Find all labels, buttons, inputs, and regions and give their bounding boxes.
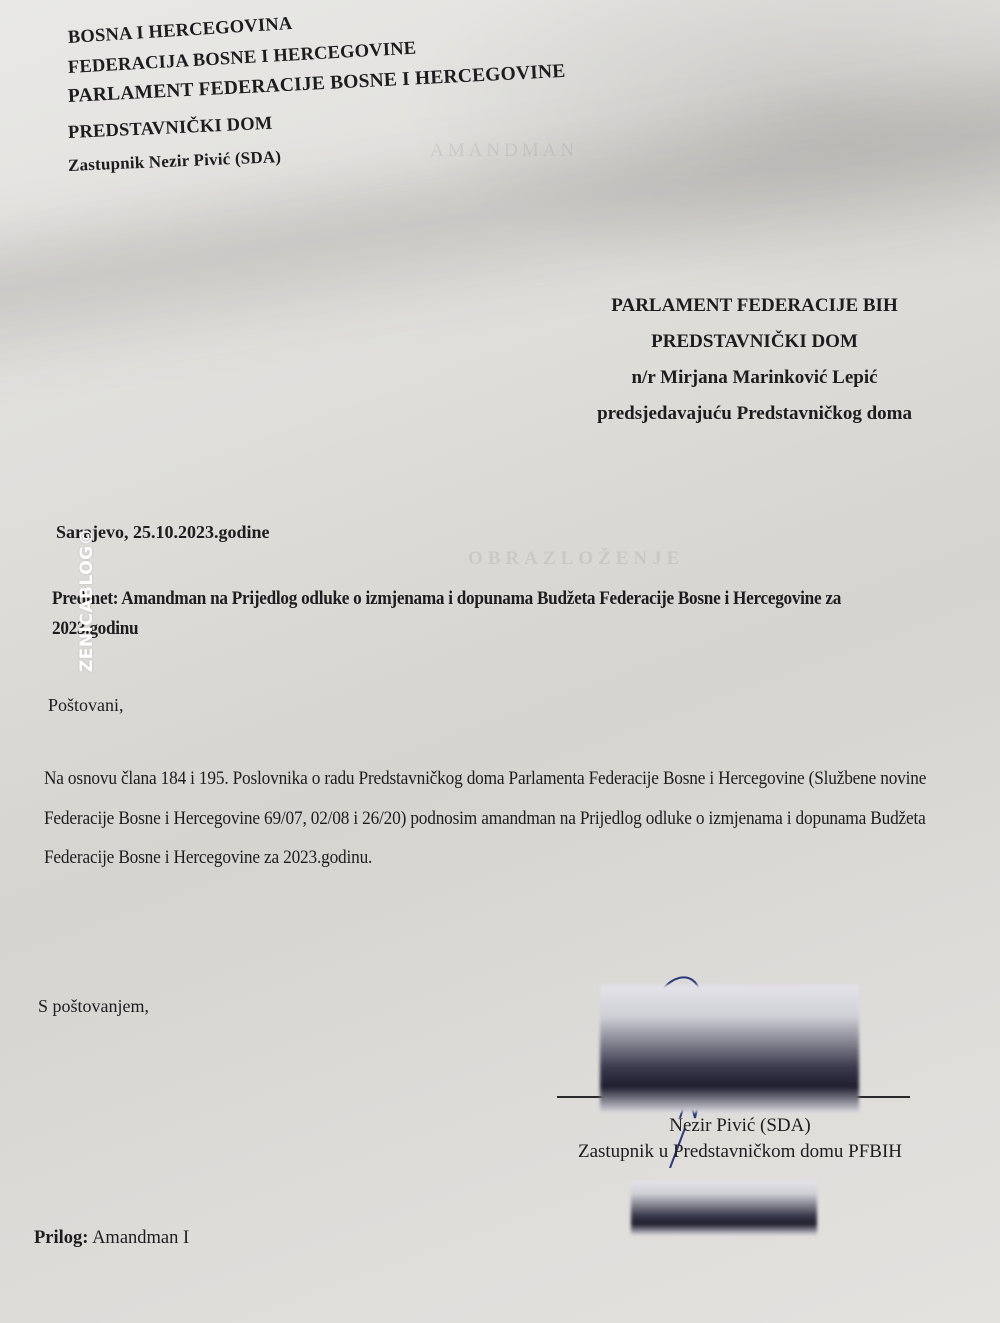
attachment-value: Amandman I <box>92 1228 189 1248</box>
recipient-block: PARLAMENT FEDERACIJE BIH PREDSTAVNIČKI D… <box>597 288 912 432</box>
signer-title: Zastupnik u Predstavničkom domu PFBIH <box>540 1139 940 1165</box>
recipient-line: PARLAMENT FEDERACIJE BIH <box>597 288 912 324</box>
redacted-signature <box>600 985 859 1112</box>
subject-line: Predmet: Amandman na Prijedlog odluke o … <box>52 584 908 644</box>
signer-block: Nezir Pivić (SDA) Zastupnik u Predstavni… <box>540 1113 940 1165</box>
bleed-through-heading-2: OBRAZLOŽENJE <box>468 548 684 570</box>
recipient-line: PREDSTAVNIČKI DOM <box>597 324 912 360</box>
attachment-line: Prilog: Amandman I <box>34 1228 189 1249</box>
letterhead-representative: Zastupnik Nezir Pivić (SDA) <box>68 147 282 176</box>
letterhead-house: PREDSTAVNIČKI DOM <box>68 114 273 144</box>
signer-name: Nezir Pivić (SDA) <box>540 1113 940 1139</box>
redacted-stamp <box>631 1180 817 1235</box>
document-page: AMANDMAN OBRAZLOŽENJE BOSNA I HERCEGOVIN… <box>0 0 1000 1323</box>
recipient-line: n/r Mirjana Marinković Lepić <box>597 360 912 396</box>
closing: S poštovanjem, <box>38 996 149 1017</box>
greeting: Poštovani, <box>48 695 124 716</box>
body-paragraph: Na osnovu člana 184 i 195. Poslovnika o … <box>44 759 936 878</box>
place-date: Sarajevo, 25.10.2023.godine <box>56 522 270 543</box>
attachment-label: Prilog: <box>34 1228 88 1248</box>
recipient-line: predsjedavajuću Predstavničkog doma <box>597 396 912 432</box>
letterhead-country: BOSNA I HERCEGOVINA <box>67 14 293 49</box>
bleed-through-heading-1: AMANDMAN <box>430 140 578 162</box>
